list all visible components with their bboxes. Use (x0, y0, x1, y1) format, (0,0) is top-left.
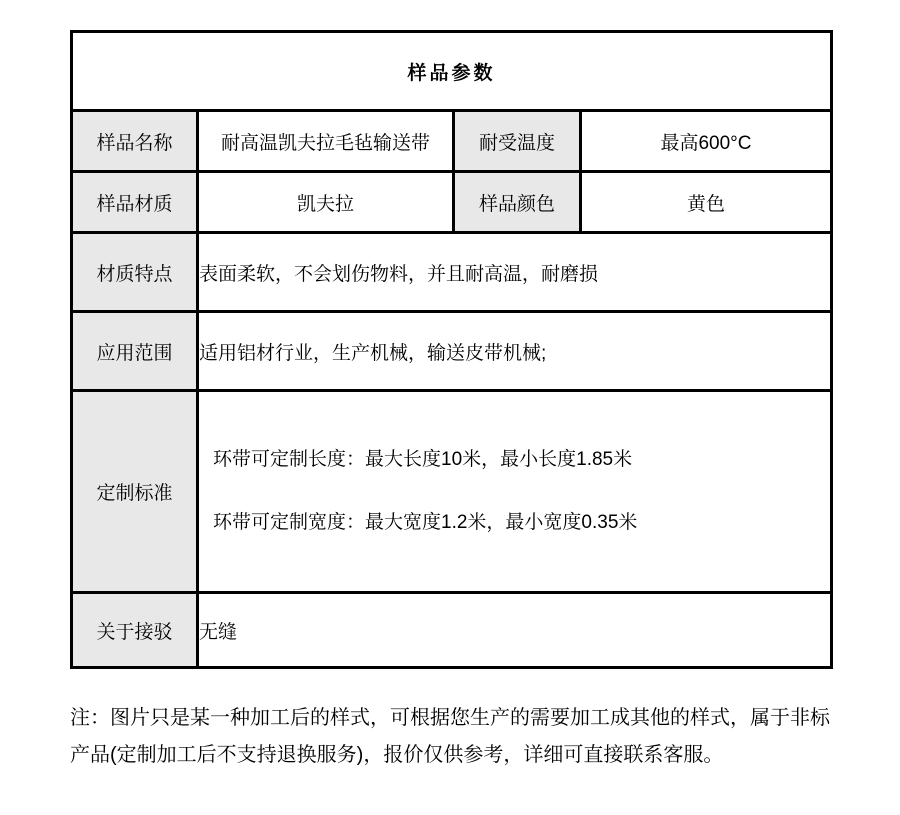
value-joining: 无缝 (198, 593, 832, 668)
label-custom-standard: 定制标准 (72, 391, 198, 593)
table-row-joining: 关于接驳 无缝 (72, 593, 832, 668)
value-temperature: 最高600°C (581, 111, 832, 172)
product-spec-page: 样品参数 样品名称 耐高温凯夫拉毛毡输送带 耐受温度 最高600°C 样品材质 … (0, 0, 900, 815)
title-row: 样品参数 (72, 32, 832, 111)
label-sample-color: 样品颜色 (454, 172, 581, 233)
spec-table: 样品参数 样品名称 耐高温凯夫拉毛毡输送带 耐受温度 最高600°C 样品材质 … (70, 30, 833, 669)
value-sample-name: 耐高温凯夫拉毛毡输送带 (198, 111, 454, 172)
custom-width-line: 环带可定制宽度：最大宽度1.2米，最小宽度0.35米 (199, 511, 830, 536)
value-sample-material: 凯夫拉 (198, 172, 454, 233)
footnote-text: 注：图片只是某一种加工后的样式，可根据您生产的需要加工成其他的样式，属于非标产品… (70, 700, 832, 774)
custom-length-line: 环带可定制长度：最大长度10米，最小长度1.85米 (199, 448, 830, 473)
table-row-sample-name: 样品名称 耐高温凯夫拉毛毡输送带 耐受温度 最高600°C (72, 111, 832, 172)
label-application-scope: 应用范围 (72, 312, 198, 391)
table-row-material-features: 材质特点 表面柔软，不会划伤物料，并且耐高温，耐磨损 (72, 233, 832, 312)
value-sample-color: 黄色 (581, 172, 832, 233)
table-row-application-scope: 应用范围 适用铝材行业，生产机械，输送皮带机械; (72, 312, 832, 391)
label-joining: 关于接驳 (72, 593, 198, 668)
page-title: 样品参数 (72, 32, 832, 111)
label-temperature: 耐受温度 (454, 111, 581, 172)
value-custom-standard: 环带可定制长度：最大长度10米，最小长度1.85米 环带可定制宽度：最大宽度1.… (198, 391, 832, 593)
label-sample-name: 样品名称 (72, 111, 198, 172)
label-material-features: 材质特点 (72, 233, 198, 312)
value-application-scope: 适用铝材行业，生产机械，输送皮带机械; (198, 312, 832, 391)
table-row-sample-material: 样品材质 凯夫拉 样品颜色 黄色 (72, 172, 832, 233)
label-sample-material: 样品材质 (72, 172, 198, 233)
table-row-custom-standard: 定制标准 环带可定制长度：最大长度10米，最小长度1.85米 环带可定制宽度：最… (72, 391, 832, 593)
value-material-features: 表面柔软，不会划伤物料，并且耐高温，耐磨损 (198, 233, 832, 312)
